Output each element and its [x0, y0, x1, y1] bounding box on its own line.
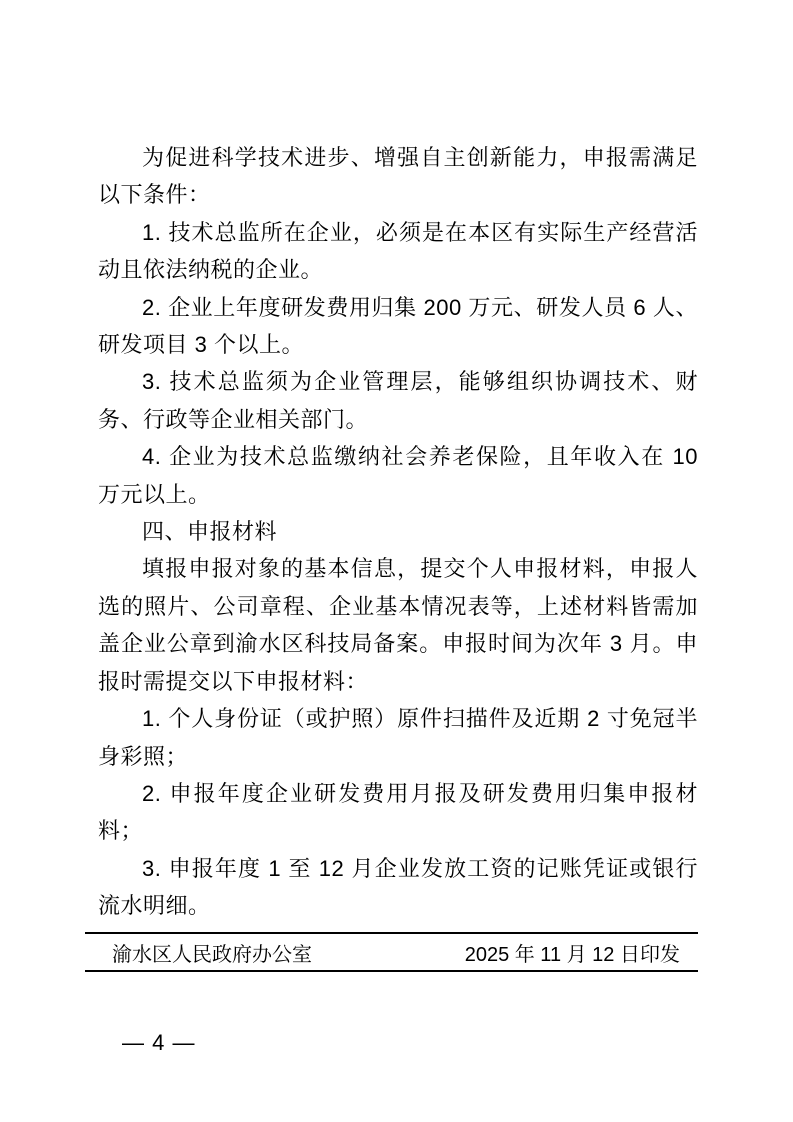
body-paragraph: 填报申报对象的基本信息，提交个人申报材料，申报人选的照片、公司章程、企业基本情况… — [98, 550, 698, 700]
body-paragraph: 为促进科学技术进步、增强自主创新能力，申报需满足以下条件： — [98, 139, 698, 214]
body-paragraph: 2. 企业上年度研发费用归集 200 万元、研发人员 6 人、研发项目 3 个以… — [98, 289, 698, 364]
body-paragraph: 3. 申报年度 1 至 12 月企业发放工资的记账凭证或银行流水明细。 — [98, 850, 698, 925]
page-number: — 4 — — [122, 1030, 195, 1056]
section-heading: 四、申报材料 — [98, 513, 698, 550]
footer-issuer: 渝水区人民政府办公室 — [112, 938, 312, 967]
document-body: 为促进科学技术进步、增强自主创新能力，申报需满足以下条件： 1. 技术总监所在企… — [98, 139, 698, 925]
document-footer: 渝水区人民政府办公室 2025 年 11 月 12 日印发 — [85, 932, 698, 972]
body-paragraph: 1. 个人身份证（或护照）原件扫描件及近期 2 寸免冠半身彩照； — [98, 700, 698, 775]
footer-print-date: 2025 年 11 月 12 日印发 — [465, 938, 680, 967]
body-paragraph: 3. 技术总监须为企业管理层，能够组织协调技术、财务、行政等企业相关部门。 — [98, 363, 698, 438]
document-page: 为促进科学技术进步、增强自主创新能力，申报需满足以下条件： 1. 技术总监所在企… — [0, 0, 793, 1122]
body-paragraph: 1. 技术总监所在企业，必须是在本区有实际生产经营活动且依法纳税的企业。 — [98, 214, 698, 289]
body-paragraph: 4. 企业为技术总监缴纳社会养老保险，且年收入在 10 万元以上。 — [98, 438, 698, 513]
body-paragraph: 2. 申报年度企业研发费用月报及研发费用归集申报材料； — [98, 775, 698, 850]
